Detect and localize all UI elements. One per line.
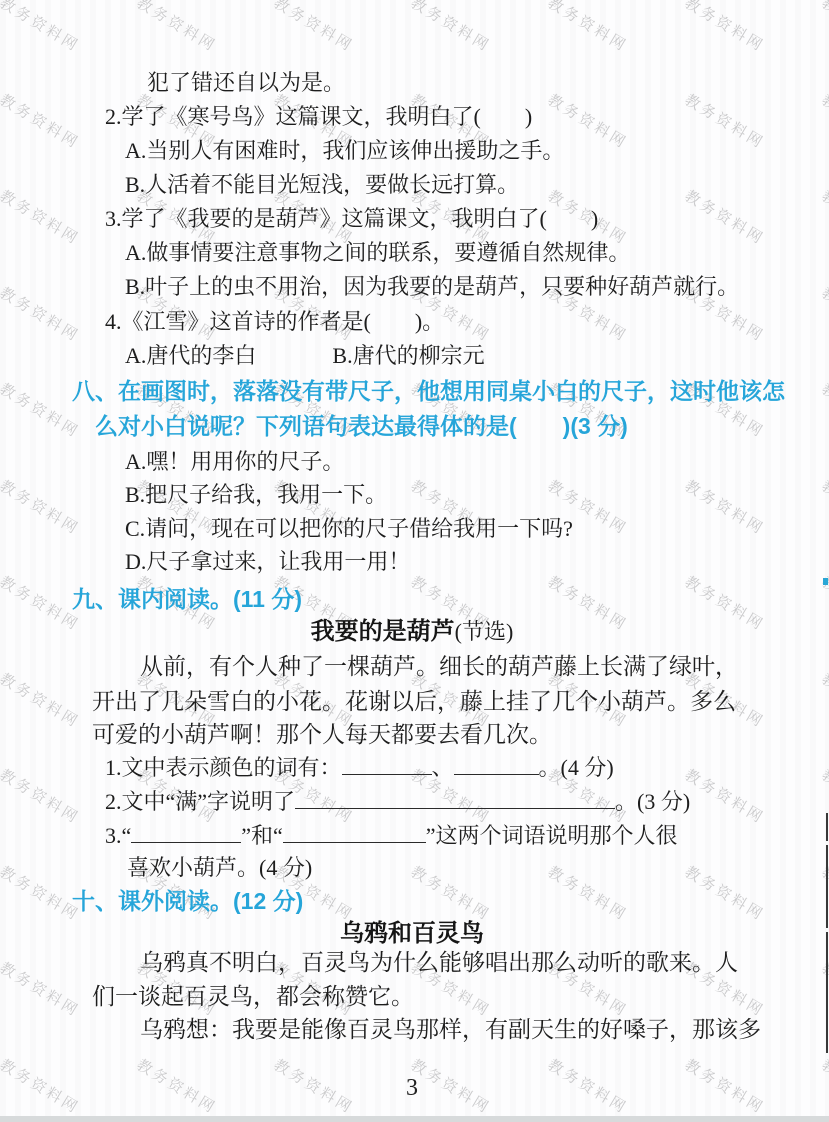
passage-2-title-line: 乌鸦和百灵鸟 <box>92 918 732 950</box>
worksheet-page: 教务资料网教务资料网教务资料网教务资料网教务资料网教务资料网教务资料网教务资料网… <box>0 0 829 1122</box>
section-8-heading-line1: 八、在画图时，落落没有带尺子，他想用同桌小白的尺子，这时他该怎 <box>72 375 785 407</box>
passage-1-title-suffix: (节选) <box>455 619 514 644</box>
watermark-text: 教务资料网 <box>0 667 84 731</box>
watermark-text: 教务资料网 <box>818 474 829 538</box>
watermark-text: 教务资料网 <box>818 378 829 442</box>
section-8-option-a: A.嘿！用用你的尺子。 <box>125 446 344 478</box>
section-9-question-3: 3.“”和“”这两个词语说明那个人很 <box>105 820 678 852</box>
question-4-option-b: B.唐代的柳宗元 <box>332 343 484 368</box>
question-text: 1.文中表示颜色的词有： <box>105 755 342 780</box>
question-text: ”和“ <box>241 823 283 848</box>
scan-edge-line <box>826 932 828 1053</box>
carryover-option-line: 犯了错还自以为是。 <box>147 67 345 99</box>
answer-blank <box>295 786 615 809</box>
score-label: 。(3 分) <box>615 789 690 814</box>
watermark-text: 教务资料网 <box>818 185 829 249</box>
section-9-question-2: 2.文中“满”字说明了。(3 分) <box>105 786 690 818</box>
section-9-question-3-line2: 喜欢小葫芦。(4 分) <box>127 852 312 884</box>
watermark-text: 教务资料网 <box>270 0 358 56</box>
watermark-text: 教务资料网 <box>0 474 84 538</box>
watermark-text: 教务资料网 <box>681 0 769 56</box>
watermark-text: 教务资料网 <box>818 281 829 345</box>
section-8-heading-line2: 么对小白说呢？下列语句表达最得体的是( )(3 分) <box>95 410 628 442</box>
watermark-text: 教务资料网 <box>0 764 84 828</box>
page-number: 3 <box>92 1072 732 1104</box>
score-label: 。(4 分) <box>539 755 614 780</box>
passage-1-line3: 可爱的小葫芦啊！那个人每天都要去看几次。 <box>92 719 552 751</box>
answer-blank <box>131 820 241 843</box>
answer-blank <box>283 820 426 843</box>
passage-1-line2: 开出了几朵雪白的小花。花谢以后，藤上挂了几个小葫芦。多么 <box>92 686 736 718</box>
passage-1-line1: 从前，有个人种了一棵葫芦。细长的葫芦藤上长满了绿叶， <box>92 651 738 683</box>
question-4-options: A.唐代的李白B.唐代的柳宗元 <box>125 340 485 372</box>
watermark-text: 教务资料网 <box>0 88 84 152</box>
passage-1-title-line: 我要的是葫芦(节选) <box>92 616 732 648</box>
watermark-text: 教务资料网 <box>681 474 769 538</box>
passage-1-title: 我要的是葫芦 <box>311 618 455 645</box>
watermark-text: 教务资料网 <box>818 1053 829 1117</box>
watermark-text: 教务资料网 <box>818 0 829 56</box>
question-3-option-b: B.叶子上的虫不用治，因为我要的是葫芦，只要种好葫芦就行。 <box>125 271 739 303</box>
scan-edge-line <box>826 845 828 928</box>
section-8-option-d: D.尺子拿过来，让我用一用！ <box>125 546 410 578</box>
watermark-text: 教务资料网 <box>818 667 829 731</box>
scan-edge-line <box>826 813 828 841</box>
watermark-text: 教务资料网 <box>0 1053 84 1117</box>
answer-blank <box>342 752 432 775</box>
watermark-text: 教务资料网 <box>0 957 84 1021</box>
watermark-text: 教务资料网 <box>681 764 769 828</box>
watermark-text: 教务资料网 <box>681 860 769 924</box>
blank-separator: 、 <box>432 755 454 780</box>
question-text: 2.文中“满”字说明了 <box>105 789 295 814</box>
question-text: ”这两个词语说明那个人很 <box>426 823 678 848</box>
question-text: 3.“ <box>105 823 131 848</box>
question-2: 2.学了《寒号鸟》这篇课文，我明白了( ) <box>105 101 532 133</box>
watermark-text: 教务资料网 <box>0 281 84 345</box>
watermark-text: 教务资料网 <box>0 185 84 249</box>
question-4-option-a: A.唐代的李白 <box>125 343 256 368</box>
section-9-heading: 九、课内阅读。(11 分) <box>72 583 302 615</box>
watermark-text: 教务资料网 <box>818 88 829 152</box>
section-8-option-c: C.请问，现在可以把你的尺子借给我用一下吗? <box>125 513 573 545</box>
watermark-text: 教务资料网 <box>544 0 632 56</box>
passage-2-title: 乌鸦和百灵鸟 <box>340 920 484 947</box>
answer-blank <box>454 752 539 775</box>
section-8-option-b: B.把尺子给我，我用一下。 <box>125 479 387 511</box>
question-3: 3.学了《我要的是葫芦》这篇课文，我明白了( ) <box>105 203 598 235</box>
watermark-text: 教务资料网 <box>407 860 495 924</box>
watermark-text: 教务资料网 <box>133 0 221 56</box>
question-4: 4.《江雪》这首诗的作者是( )。 <box>105 306 444 338</box>
watermark-text: 教务资料网 <box>0 0 84 56</box>
section-9-question-1: 1.文中表示颜色的词有：、。(4 分) <box>105 752 614 784</box>
passage-2-line1: 乌鸦真不明白，百灵鸟为什么能够唱出那么动听的歌来。人 <box>92 947 738 979</box>
watermark-text: 教务资料网 <box>681 185 769 249</box>
scan-edge-mark <box>823 578 828 585</box>
passage-2-line2: 们一谈起百灵鸟，都会称赞它。 <box>92 981 414 1013</box>
scan-bottom-bar <box>0 1116 829 1122</box>
question-2-option-b: B.人活着不能目光短浅，要做长远打算。 <box>125 169 519 201</box>
watermark-text: 教务资料网 <box>407 0 495 56</box>
passage-2-line3: 乌鸦想：我要是能像百灵鸟那样，有副天生的好嗓子，那该多 <box>92 1014 761 1046</box>
question-3-option-a: A.做事情要注意事物之间的联系，要遵循自然规律。 <box>125 237 630 269</box>
watermark-text: 教务资料网 <box>544 860 632 924</box>
question-2-option-a: A.当别人有困难时，我们应该伸出援助之手。 <box>125 135 564 167</box>
section-10-heading: 十、课外阅读。(12 分) <box>72 885 303 917</box>
watermark-text: 教务资料网 <box>681 88 769 152</box>
